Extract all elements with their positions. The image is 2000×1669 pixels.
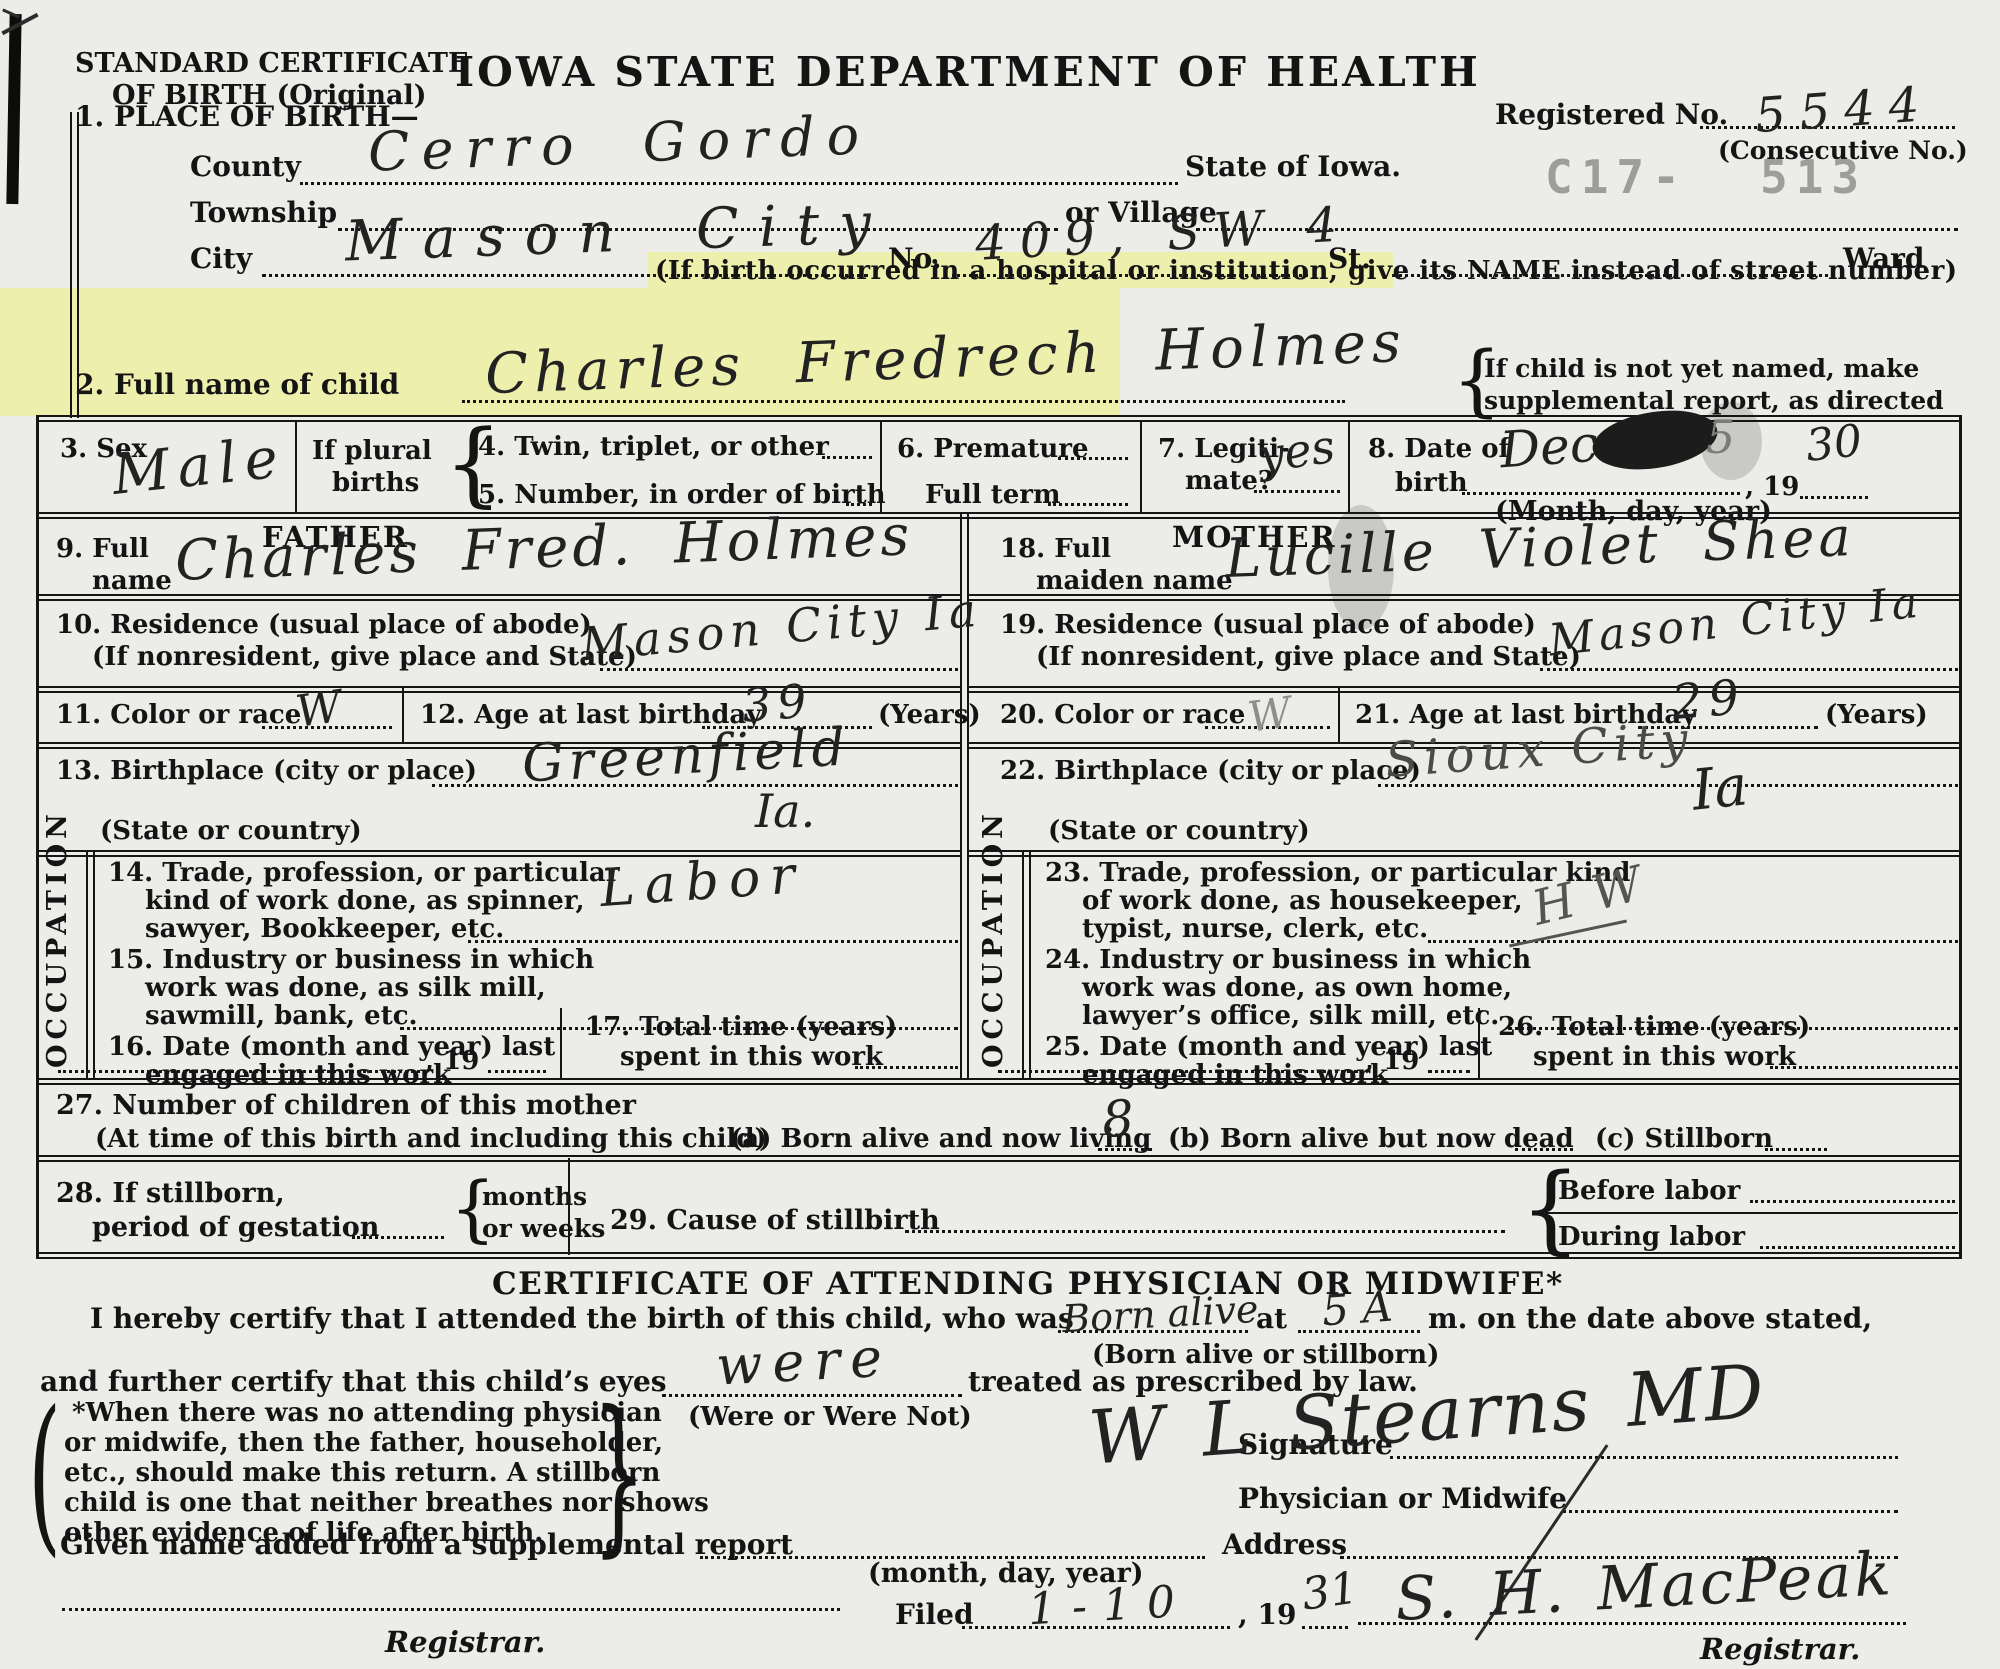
father-total-time-label2: spent in this work [620,1042,883,1072]
father-name-label2: name [92,566,172,596]
consecutive-no-label: (Consecutive No.) [1718,136,1968,165]
father-trade-value: Labor [598,845,807,919]
labor-divider-line [1545,1212,1958,1214]
premature-label: 6. Premature [897,434,1089,464]
during-labor-line [1760,1246,1955,1249]
mother-age-years-label: (Years) [1825,700,1928,730]
father-last-date-label2: engaged in this work [145,1060,451,1090]
mother-trade-label2: of work done, as housekeeper, [1082,886,1523,916]
certify-line2-text: and further certify that this child’s ey… [40,1365,667,1398]
mother-trade-line [1428,940,1958,943]
filed-year-value: 31 [1299,1562,1362,1620]
before-labor-label: Before labor [1558,1176,1740,1206]
cause-of-stillbirth-label: 29. Cause of stillbirth [610,1205,940,1236]
birth-month-value: Dec [1498,415,1599,480]
father-residence-line [600,668,958,671]
certify-line1-text: I hereby certify that I attended the bir… [90,1302,1074,1335]
city-label: City [190,242,252,275]
hospital-note: (If birth occurred in a hospital or inst… [655,256,1958,286]
father-last-date-year-line [488,1070,546,1073]
mother-name-label1: 18. Full [1000,534,1111,564]
mother-last-date-label2: engaged in this work [1082,1060,1388,1090]
if-stillborn-label1: 28. If stillborn, [56,1178,285,1209]
date-of-birth-label1: 8. Date of [1368,434,1510,464]
signature-line [1390,1456,1898,1459]
before-labor-line [1750,1200,1955,1203]
birth-day-value: 5 [1706,410,1735,464]
mother-residence-value: Mason City Ia [1546,577,1925,667]
father-birthplace-state-value: Ia. [755,784,815,838]
born-alive-living-label: (a) Born alive and now living [730,1124,1151,1154]
mother-birthplace-state-value: Ia [1689,753,1751,823]
row-rule [968,686,1960,693]
mother-last-date-year-line [1428,1070,1470,1073]
mother-residence-label2: (If nonresident, give place and State) [1036,642,1581,672]
father-birthplace-note: (State or country) [100,816,362,846]
mother-race-label: 20. Color or race [1000,700,1245,730]
born-alive-dead-label: (b) Born alive but now dead [1168,1124,1574,1154]
father-trade-label1: 14. Trade, profession, or particular [108,858,619,888]
time-entry-value: 5 A [1320,1282,1394,1336]
at-label: at [1256,1302,1287,1335]
footnote-line1: *When there was no attending physician [72,1398,662,1428]
registrar-label-left: Registrar. [385,1625,545,1659]
registrar-label-right: Registrar. [1700,1632,1860,1666]
twin-line [822,456,872,459]
cell-divider [1338,688,1340,744]
eyes-entry-value: were [714,1325,893,1397]
footnote-line4: child is one that neither breathes nor s… [64,1488,709,1518]
mother-birthplace-note: (State or country) [1048,816,1310,846]
mother-industry-label1: 24. Industry or business in which [1045,945,1531,975]
filed-year-prefix: , 19 [1238,1598,1296,1631]
birth-year-value: 30 [1803,415,1864,472]
row-rule [36,686,962,693]
twin-label: 4. Twin, triplet, or other [478,432,829,462]
weeks-label: or weeks [482,1214,605,1243]
born-alive-living-value: 8 [1100,1089,1136,1149]
row-rule [968,850,1960,857]
father-trade-line [468,940,958,943]
mother-trade-label3: typist, nurse, clerk, etc. [1082,914,1428,944]
county-label: County [190,150,301,183]
physician-or-midwife-line [1562,1510,1898,1513]
row-rule [36,850,962,857]
if-stillborn-label2: period of gestation [92,1212,379,1243]
father-total-time-label1: 17. Total time (years) [585,1012,897,1042]
mother-name-label2: maiden name [1036,566,1233,596]
child-note-line1: If child is not yet named, make [1484,354,1919,383]
cell-divider [295,420,297,512]
cell-divider [1140,420,1142,512]
registrar-line-left [62,1608,840,1611]
birth-certificate-scan: STANDARD CERTIFICATE OF BIRTH (Original)… [0,0,2000,1669]
mother-total-time-label1: 26. Total time (years) [1498,1012,1810,1042]
father-occupation-side-label: OCCUPATION [42,868,73,1068]
father-last-date-label1: 16. Date (month and year) last [108,1032,555,1062]
father-residence-label1: 10. Residence (usual place of abode) [56,610,592,640]
father-race-value: W [293,681,345,738]
date-year-line [1800,496,1868,499]
certify-line1-tail: m. on the date above stated, [1428,1302,1872,1335]
children-count-label: 27. Number of children of this mother [56,1090,636,1121]
during-labor-label: During labor [1558,1222,1745,1252]
registered-no-label: Registered No. [1495,98,1728,131]
father-industry-label1: 15. Industry or business in which [108,945,594,975]
father-last-date-year-prefix: , 19 [425,1046,479,1076]
corner-title-line1: STANDARD CERTIFICATE [75,48,469,79]
father-race-label: 11. Color or race [56,700,301,730]
father-trade-label3: sawyer, Bookkeeper, etc. [145,914,504,944]
filed-date-value: 1-10 [1027,1576,1192,1635]
mother-total-time-label2: spent in this work [1533,1042,1796,1072]
row-rule [36,1155,1962,1162]
mother-race-value: W [1245,687,1295,742]
physician-certificate-title: CERTIFICATE OF ATTENDING PHYSICIAN OR MI… [492,1266,1564,1302]
cause-of-stillbirth-line [905,1230,1505,1233]
cell-divider [1348,420,1350,512]
father-age-years-label: (Years) [878,700,981,730]
father-name-label1: 9. Full [56,534,149,564]
cell-divider [402,688,404,744]
box-left-rule [36,415,39,1258]
legitimate-value: yes [1255,419,1339,483]
children-count-sublabel: (At time of this birth and including thi… [95,1124,767,1154]
mother-residence-line [1540,668,1958,671]
mother-occupation-side-label: OCCUPATION [978,868,1009,1068]
footnote-open-paren: ( [28,1394,61,1556]
mother-industry-label2: work was done, as own home, [1082,973,1512,1003]
child-name-label: 2. Full name of child [75,368,399,401]
father-residence-label2: (If nonresident, give place and State) [92,642,637,672]
stamp-consecutive-prefix: C17- [1545,150,1688,204]
supplemental-report-label: Given name added from a supplemental rep… [60,1528,793,1561]
filed-label: Filed [895,1598,974,1631]
date-of-birth-line [1462,492,1740,495]
township-label: Township [190,196,337,229]
address-label: Address [1222,1528,1347,1561]
eyes-entry-line [662,1394,962,1397]
cell-divider [560,1008,562,1078]
date-of-birth-label2: birth [1395,468,1468,498]
mother-last-date-label1: 25. Date (month and year) last [1045,1032,1492,1062]
state-of-iowa-label: State of Iowa. [1185,150,1401,183]
father-birthplace-label: 13. Birthplace (city or place) [56,756,477,786]
mother-birthplace-label: 22. Birthplace (city or place) [1000,756,1421,786]
stillborn-count-label: (c) Stillborn [1595,1124,1773,1154]
mother-last-date-year-prefix: , 19 [1365,1046,1419,1076]
mother-birthplace-line [1378,784,1958,787]
occupation-divider [86,850,95,1078]
box-right-rule [1959,415,1962,1258]
footnote-line3: etc., should make this return. A stillbo… [64,1458,660,1488]
scan-edge-artifact [6,14,21,204]
box-bottom-rule [36,1252,1962,1259]
mother-industry-label3: lawyer’s office, silk mill, etc. [1082,1001,1499,1031]
stillborn-count-line [1765,1148,1827,1151]
county-line [300,182,1178,185]
page-title: IOWA STATE DEPARTMENT OF HEALTH [455,48,1481,96]
father-industry-label2: work was done, as silk mill, [145,973,546,1003]
plural-births-label2: births [332,468,419,498]
registrar-signature-value: S. H. MacPeak [1394,1539,1896,1635]
father-industry-label3: sawmill, bank, etc. [145,1001,418,1031]
mother-total-time-line [1770,1066,1958,1069]
mother-residence-label1: 19. Residence (usual place of abode) [1000,610,1536,640]
registered-no-value: 5544 [1753,76,1935,144]
months-label: months [482,1182,587,1211]
footnote-line2: or midwife, then the father, householder… [64,1428,663,1458]
filed-year-line [1302,1626,1348,1629]
were-note: (Were or Were Not) [688,1402,972,1432]
father-trade-label2: kind of work done, as spinner, [145,886,585,916]
full-term-label: Full term [925,480,1060,510]
occupation-divider [1022,850,1031,1078]
plural-births-label1: If plural [312,436,432,466]
physician-or-midwife-label: Physician or Midwife [1238,1482,1567,1515]
county-value: Cerro Gordo [367,103,872,184]
